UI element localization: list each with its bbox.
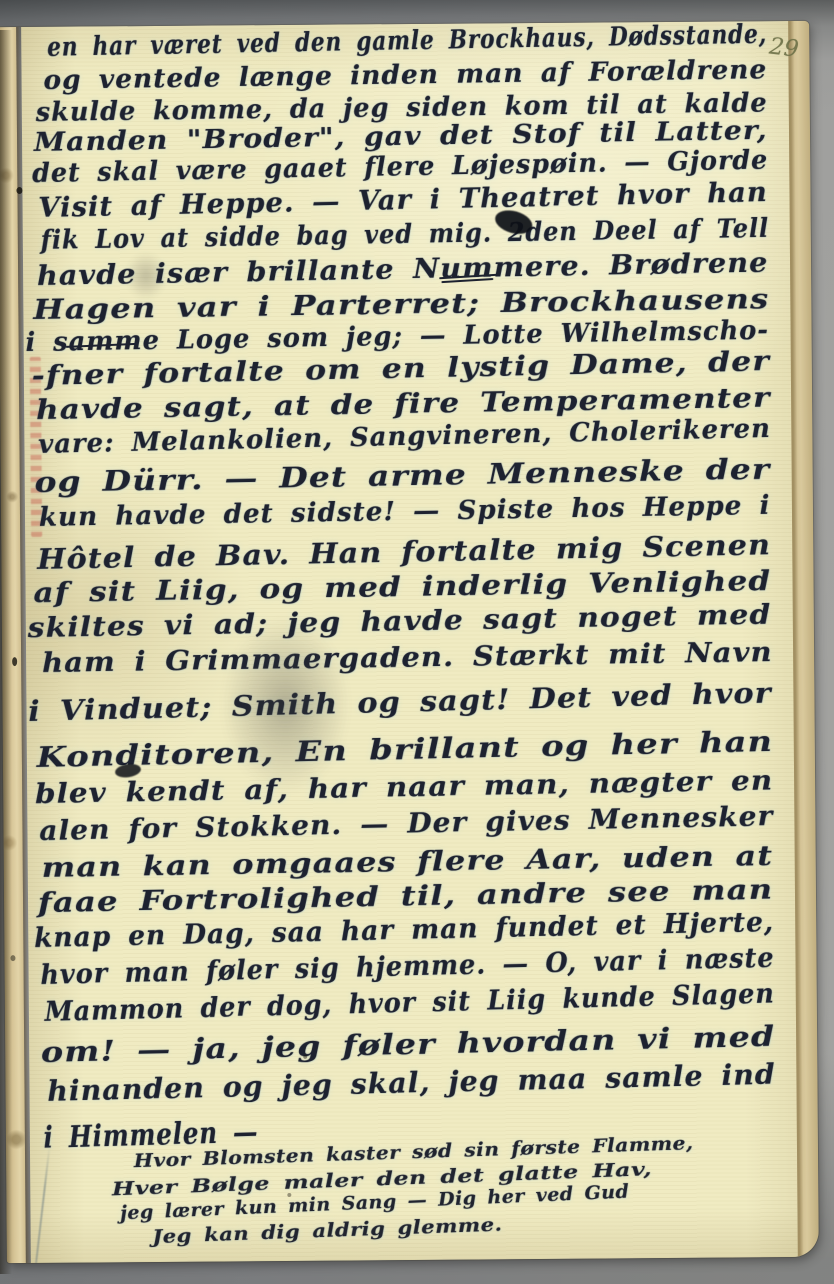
ink-speck	[16, 187, 22, 194]
handwritten-line: i Vinduet; Smith og sagt! Det ved hvor	[28, 676, 772, 728]
handwritten-line: alen for Stokken. — Der gives Mennesker	[39, 801, 774, 847]
text-layer: en har været ved den gamle Brockhaus, Dø…	[0, 21, 819, 1263]
handwritten-line: ham i Grimmaergaden. Stærkt mit Navn	[42, 637, 773, 679]
manuscript-page: 29 en har været ved den gamle Brockhaus,…	[0, 21, 819, 1263]
manuscript-scan: 29 en har været ved den gamle Brockhaus,…	[0, 0, 834, 1284]
ink-speck	[12, 657, 17, 666]
grey-smudge	[220, 614, 351, 795]
ink-speck	[303, 1055, 307, 1059]
ink-speck	[287, 1193, 291, 1197]
handwritten-line: kun havde det sidste! — Spiste hos Heppe…	[39, 491, 771, 533]
grey-smudge	[125, 252, 167, 300]
scan-edge-shadow	[0, 30, 12, 1274]
